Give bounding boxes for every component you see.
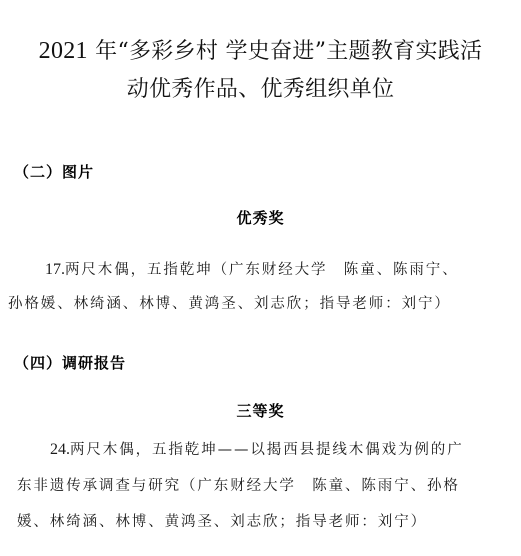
entry-17-line-1: 17.两尺木偶，五指乾坤（广东财经大学 陈童、陈雨宁、 bbox=[45, 258, 459, 279]
document-title-line-2: 动优秀作品、优秀组织单位 bbox=[0, 72, 521, 103]
section-heading-research-report: （四）调研报告 bbox=[14, 352, 126, 373]
entry-24-line-2: 东非遗传承调查与研究（广东财经大学 陈童、陈雨宁、孙格 bbox=[17, 474, 460, 495]
award-heading-excellent: 优秀奖 bbox=[0, 207, 521, 228]
entry-24-line-3: 媛、林绮涵、林博、黄鸿圣、刘志欣；指导老师：刘宁） bbox=[17, 510, 427, 531]
entry-24-line-1: 24.两尺木偶，五指乾坤——以揭西县提线木偶戏为例的广 bbox=[50, 438, 464, 459]
entry-number: 17. bbox=[45, 261, 65, 278]
title-year: 2021 bbox=[39, 38, 88, 64]
award-heading-third-prize: 三等奖 bbox=[0, 400, 521, 421]
section-heading-pictures: （二）图片 bbox=[14, 161, 94, 182]
entry-number: 24. bbox=[50, 441, 70, 458]
title-line-1-text: 年“多彩乡村 学史奋进”主题教育实践活 bbox=[88, 39, 482, 64]
entry-text: 两尺木偶，五指乾坤（广东财经大学 陈童、陈雨宁、 bbox=[65, 262, 459, 278]
entry-17-line-2: 孙格媛、林绮涵、林博、黄鸿圣、刘志欣；指导老师：刘宁） bbox=[8, 292, 451, 313]
document-title-line-1: 2021 年“多彩乡村 学史奋进”主题教育实践活 bbox=[0, 34, 521, 65]
entry-text: 两尺木偶，五指乾坤——以揭西县提线木偶戏为例的广 bbox=[70, 442, 464, 458]
